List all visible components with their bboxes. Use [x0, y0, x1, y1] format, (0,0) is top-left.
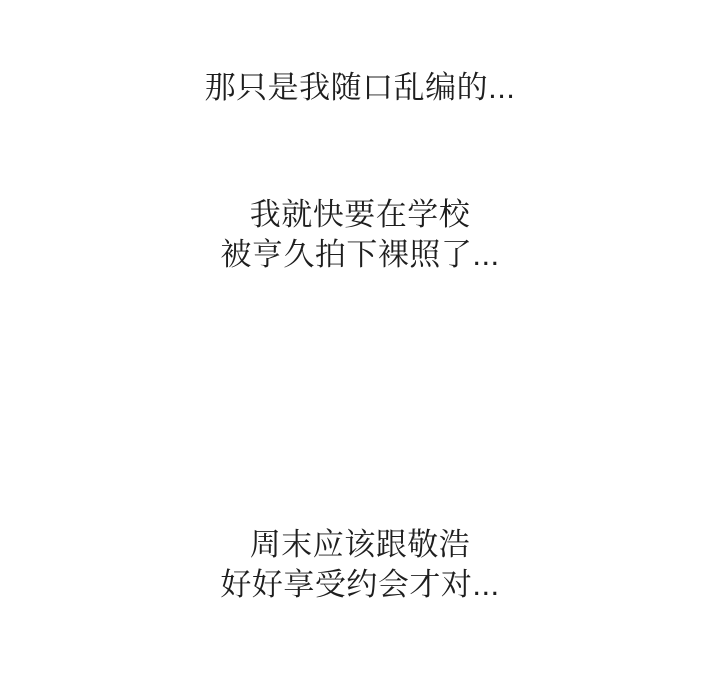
dialogue-line: 被亨久拍下裸照了... [0, 235, 720, 275]
dialogue-line: 我就快要在学校 [0, 195, 720, 235]
dialogue-line: 周末应该跟敬浩 [0, 525, 720, 565]
dialogue-block-3: 周末应该跟敬浩 好好享受约会才对... [0, 525, 720, 605]
dialogue-block-1: 那只是我随口乱编的... [0, 68, 720, 108]
comic-text-panel: 那只是我随口乱编的... 我就快要在学校 被亨久拍下裸照了... 周末应该跟敬浩… [0, 0, 720, 700]
dialogue-block-2: 我就快要在学校 被亨久拍下裸照了... [0, 195, 720, 275]
dialogue-line: 那只是我随口乱编的... [0, 68, 720, 108]
dialogue-line: 好好享受约会才对... [0, 565, 720, 605]
